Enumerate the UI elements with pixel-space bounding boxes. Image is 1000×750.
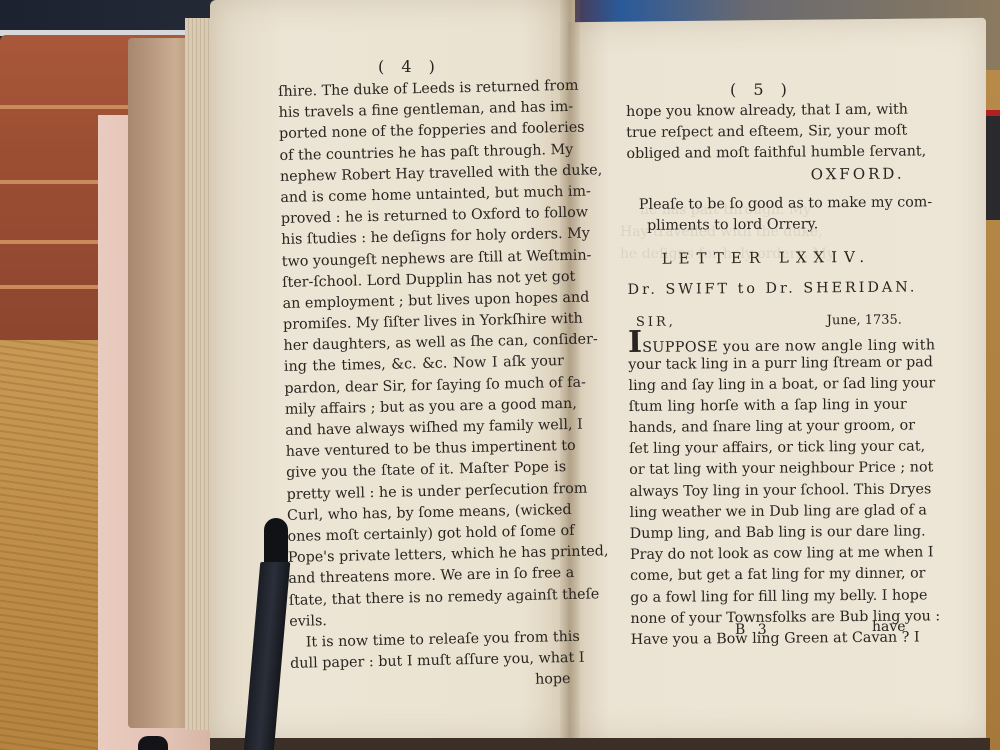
left-page-text: ſhire. The duke of Leeds is returned fro…: [278, 76, 571, 696]
letter-date: June, 1735.: [827, 309, 902, 331]
book-bottom-edge: [210, 738, 990, 750]
text-line: come, but get a fat ling for my dinner, …: [630, 564, 908, 588]
text-line: always Toy ling in your ſchool. This Dry…: [629, 479, 907, 503]
text-line: ſtum ling horſe with a ſap ling in your: [629, 394, 907, 418]
letter-heading: LETTER LXXIV.: [627, 247, 905, 271]
text-line: Pleaſe to be ſo good as to make my com-: [627, 192, 905, 216]
text-line: ſet ling your affairs, or tick ling your…: [629, 437, 907, 461]
text-line: your tack ling in a purr ling ſtream or …: [628, 352, 906, 376]
page-number-right: ( 5 ): [730, 80, 793, 99]
drop-cap: I: [628, 332, 642, 352]
text-line: pliments to lord Orrery.: [627, 214, 905, 238]
salutation-row: SIR, June, 1735.: [628, 309, 906, 332]
text-line: or tat ling with your neighbour Price ; …: [629, 458, 907, 482]
letter-title: Dr. SWIFT to Dr. SHERIDAN.: [628, 278, 906, 302]
text-line: obliged and moſt faithful humble ſervant…: [626, 142, 904, 166]
catchword-right: have: [872, 619, 906, 635]
printer-signature-mark: B 3: [735, 622, 771, 638]
clip-base: [138, 736, 168, 750]
text-line: Pray do not look as cow ling at me when …: [630, 543, 908, 567]
text-line: Dump ling, and Bab ling is our dare ling…: [630, 522, 908, 546]
book-page-holder-clip: [252, 518, 290, 750]
text-line: go a fowl ling for fill ling my belly. I…: [630, 585, 908, 609]
text-line: hands, and ſnare ling at your groom, or: [629, 416, 907, 440]
signature-oxford: OXFORD.: [627, 163, 905, 187]
right-page-text: hope you know already, that I am, with t…: [626, 100, 909, 652]
text-line: hope you know already, that I am, with: [626, 100, 904, 124]
first-line: I SUPPOSE you are now angle ling with: [628, 330, 906, 354]
clip-tip: [264, 518, 288, 566]
page-number-left: ( 4 ): [378, 57, 441, 76]
text-line: ling weather we in Dub ling are glad of …: [629, 500, 907, 524]
text-line: ling and ſay ling in a boat, or ſad ling…: [628, 373, 906, 397]
text-line: true reſpect and eſteem, Sir, your moſt: [626, 121, 904, 145]
